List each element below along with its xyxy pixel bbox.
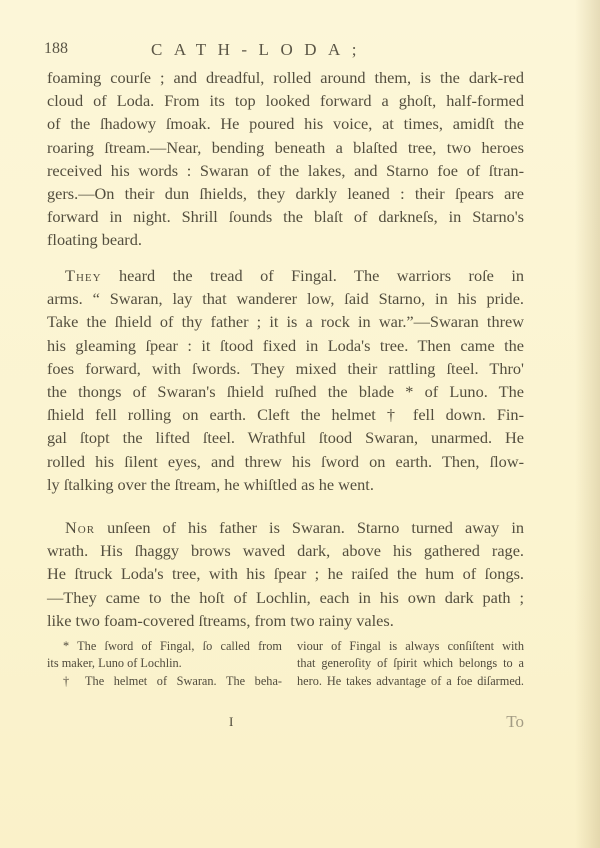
- text-line: He ſtruck Loda's tree, with his ſpear ; …: [47, 562, 524, 585]
- text-line: cloud of Loda. From its top looked forwa…: [47, 89, 524, 112]
- footnote-line: viour of Fingal is always conſiſtent wit…: [297, 638, 524, 655]
- text-line: arms. “ Swaran, lay that wanderer low, ſ…: [47, 287, 524, 310]
- text-line: rolled his ſilent eyes, and threw his ſw…: [47, 450, 524, 473]
- page-footer: I To: [47, 712, 524, 734]
- running-title: CATH-LODA;: [151, 40, 368, 60]
- text-line: ſhield fell rolling on earth. Cleft the …: [47, 403, 524, 426]
- signature-mark: I: [229, 714, 233, 730]
- text-line: of the ſhadowy ſmoak. He poured his voic…: [47, 112, 524, 135]
- lead-word: They: [65, 266, 102, 285]
- footnote-line: that generoſity of ſpirit which belongs …: [297, 655, 524, 672]
- text-line: wrath. His ſhaggy brows waved dark, abov…: [47, 539, 524, 562]
- lead-line-rest: heard the tread of Fingal. The warriors …: [102, 266, 524, 285]
- lead-line-rest: unſeen of his father is Swaran. Starno t…: [95, 518, 524, 537]
- paragraph-2: They heard the tread of Fingal. The warr…: [47, 264, 524, 496]
- footnote-line: † The helmet of Swaran. The beha-: [47, 673, 282, 690]
- text-line: floating beard.: [47, 228, 524, 251]
- text-line: —They came to the hoſt of Lochlin, each …: [47, 586, 524, 609]
- text-line: forward in night. Shrill ſounds the blaſ…: [47, 205, 524, 228]
- footnote-line: hero. He takes advantage of a foe diſarm…: [297, 673, 524, 690]
- text-line: received his words : Swaran of the lakes…: [47, 159, 524, 182]
- text-line: gal ſtopt the lifted ſteel. Wrathful ſto…: [47, 426, 524, 449]
- lead-word: Nor: [65, 518, 95, 537]
- running-head: 188 CATH-LODA;: [44, 40, 564, 64]
- paragraph-1: foaming courſe ; and dreadful, rolled ar…: [47, 66, 524, 252]
- text-line: ly ſtalking over the ſtream, he whiſtled…: [47, 473, 524, 496]
- text-line: foes forward, with ſwords. They mixed th…: [47, 357, 524, 380]
- catchword: To: [506, 712, 524, 732]
- text-line: his gleaming ſpear : it ſtood fixed in L…: [47, 334, 524, 357]
- footnote-line: * The ſword of Fingal, ſo called from: [47, 638, 282, 655]
- paragraph-3: Nor unſeen of his father is Swaran. Star…: [47, 516, 524, 632]
- text-line-first: Nor unſeen of his father is Swaran. Star…: [47, 516, 524, 539]
- book-page: 188 CATH-LODA; foaming courſe ; and drea…: [0, 0, 600, 848]
- text-line: like two foam-covered ſtreams, from two …: [47, 609, 524, 632]
- footnote-line: its maker, Luno of Lochlin.: [47, 655, 282, 672]
- text-line: the thongs of Swaran's ſhield ruſhed the…: [47, 380, 524, 403]
- footnotes-right-column: viour of Fingal is always conſiſtent wit…: [297, 638, 524, 690]
- text-line: gers.—On their dun ſhields, they darkly …: [47, 182, 524, 205]
- text-line: roaring ſtream.—Near, bending beneath a …: [47, 136, 524, 159]
- page-number: 188: [44, 40, 68, 58]
- text-line: Take the ſhield of thy father ; it is a …: [47, 310, 524, 333]
- footnotes-left-column: * The ſword of Fingal, ſo called from it…: [47, 638, 282, 690]
- text-line: foaming courſe ; and dreadful, rolled ar…: [47, 66, 524, 89]
- text-line-first: They heard the tread of Fingal. The warr…: [47, 264, 524, 287]
